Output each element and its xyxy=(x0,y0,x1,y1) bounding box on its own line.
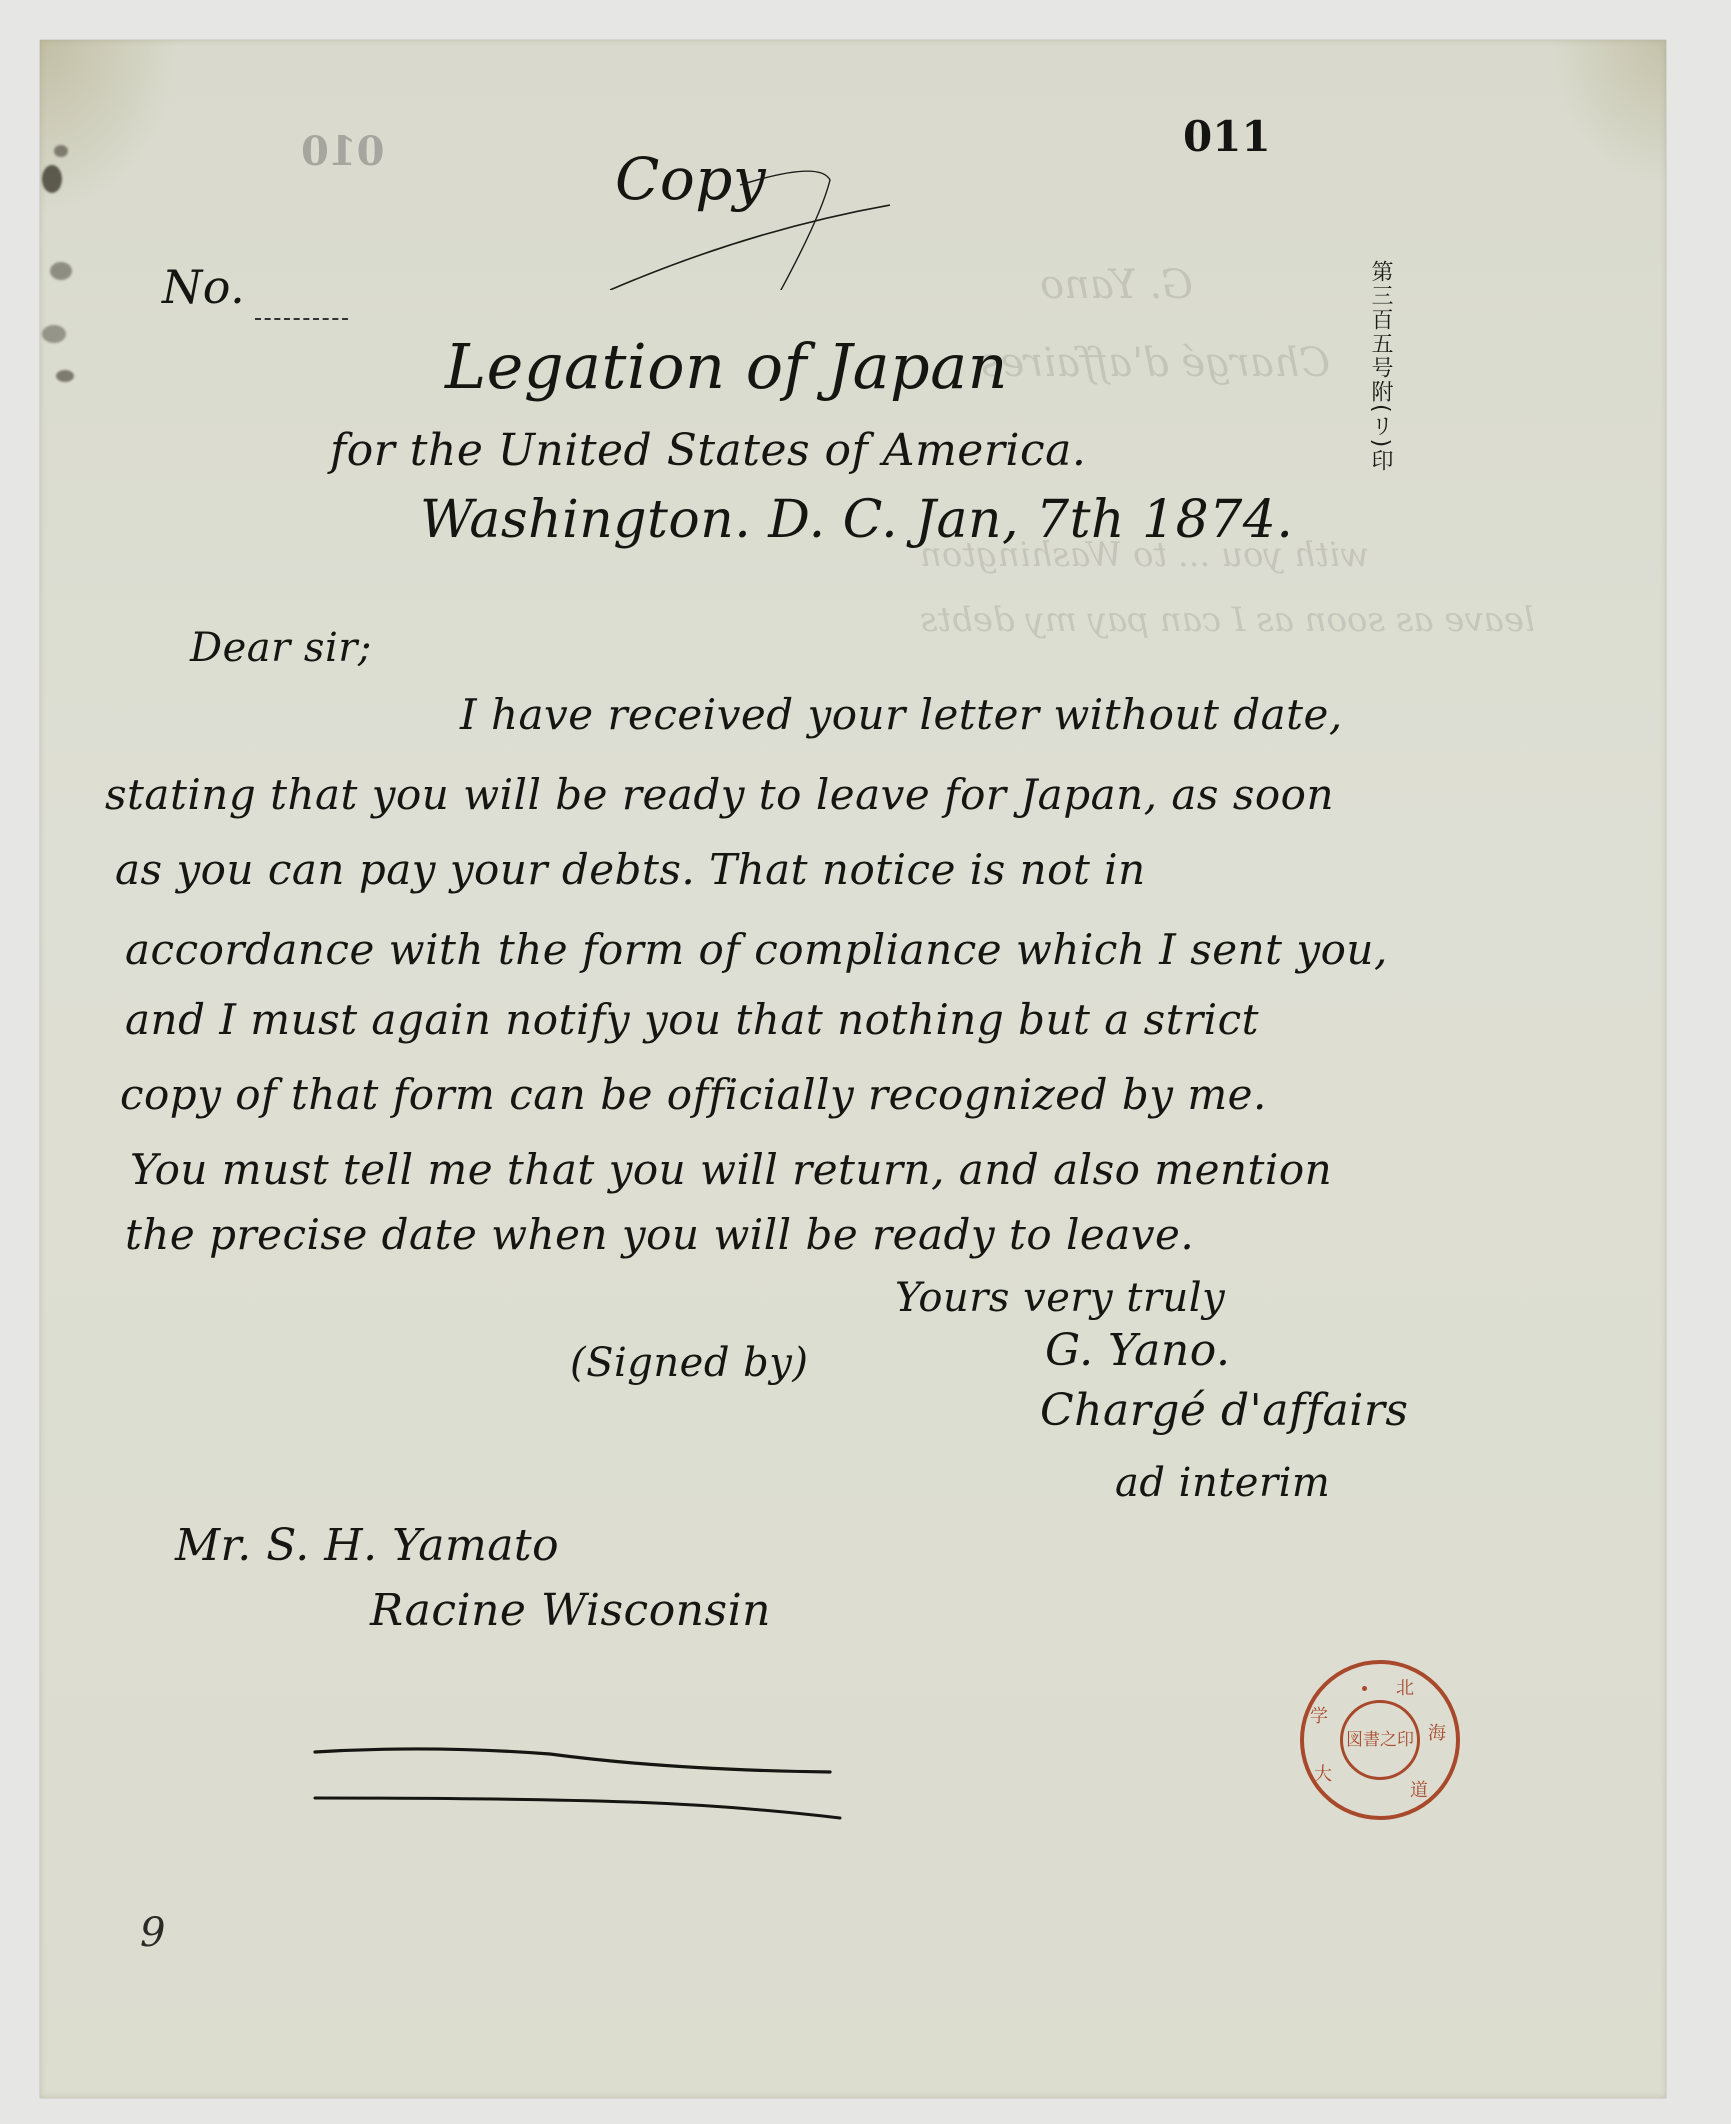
ink-smudge xyxy=(42,165,62,193)
body-line: copy of that form can be officially reco… xyxy=(120,1070,1267,1119)
number-blank-line xyxy=(255,318,348,320)
signatory-title: Chargé d'affairs xyxy=(1040,1385,1408,1436)
body-line: and I must again notify you that nothing… xyxy=(125,995,1259,1044)
bleed-through-line-1: G. Yano xyxy=(1040,262,1193,308)
seal-char: 学 xyxy=(1310,1702,1328,1728)
closing-rule-lines xyxy=(310,1740,910,1820)
bleed-through-line-4: leave as soon as I can pay my debts xyxy=(920,600,1535,640)
archive-page-stamp: 011 xyxy=(1183,112,1271,161)
ink-smudge xyxy=(50,262,72,280)
seal-char: 海 xyxy=(1428,1719,1446,1745)
signatory-title-ad-interim: ad interim xyxy=(1115,1460,1330,1506)
bleed-through-line-2: Chargé d'affaires xyxy=(980,340,1330,386)
library-seal: 北 海 道 大 学 図書之印 xyxy=(1300,1660,1460,1820)
letterhead-place-date: Washington. D. C. Jan, 7th 1874. xyxy=(420,490,1293,550)
letter-page: G. Yano Chargé d'affaires with you ... t… xyxy=(40,40,1666,2098)
closing: Yours very truly xyxy=(895,1275,1225,1321)
body-line: stating that you will be ready to leave … xyxy=(105,770,1334,819)
body-line: I have received your letter without date… xyxy=(460,690,1343,739)
salutation: Dear sir; xyxy=(190,625,372,671)
signatory-name: G. Yano. xyxy=(1045,1325,1230,1376)
seal-char: 道 xyxy=(1410,1776,1428,1802)
copy-strike-line xyxy=(600,160,900,290)
addressee-location: Racine Wisconsin xyxy=(370,1585,771,1636)
letterhead-legation: Legation of Japan xyxy=(445,330,1008,403)
number-label: No. xyxy=(162,260,245,314)
body-line: the precise date when you will be ready … xyxy=(125,1210,1194,1259)
faint-archive-stamp: 010 xyxy=(301,128,385,175)
body-line: accordance with the form of compliance w… xyxy=(125,925,1388,974)
seal-dot xyxy=(1362,1686,1367,1691)
ink-smudge xyxy=(56,370,74,382)
seal-char: 北 xyxy=(1396,1674,1414,1700)
seal-inner-text: 図書之印 xyxy=(1340,1700,1420,1780)
ink-smudge xyxy=(42,325,66,343)
page-number: 9 xyxy=(140,1910,166,1956)
seal-char: 大 xyxy=(1314,1760,1332,1786)
signed-by-note: (Signed by) xyxy=(570,1340,808,1386)
body-line: as you can pay your debts. That notice i… xyxy=(115,845,1146,894)
ink-smudge xyxy=(54,145,68,157)
addressee-name: Mr. S. H. Yamato xyxy=(175,1520,559,1571)
body-line: You must tell me that you will return, a… xyxy=(130,1145,1332,1194)
japanese-margin-note: 第三百五号附(リ)印 xyxy=(1365,260,1396,473)
letterhead-country: for the United States of America. xyxy=(330,425,1086,476)
